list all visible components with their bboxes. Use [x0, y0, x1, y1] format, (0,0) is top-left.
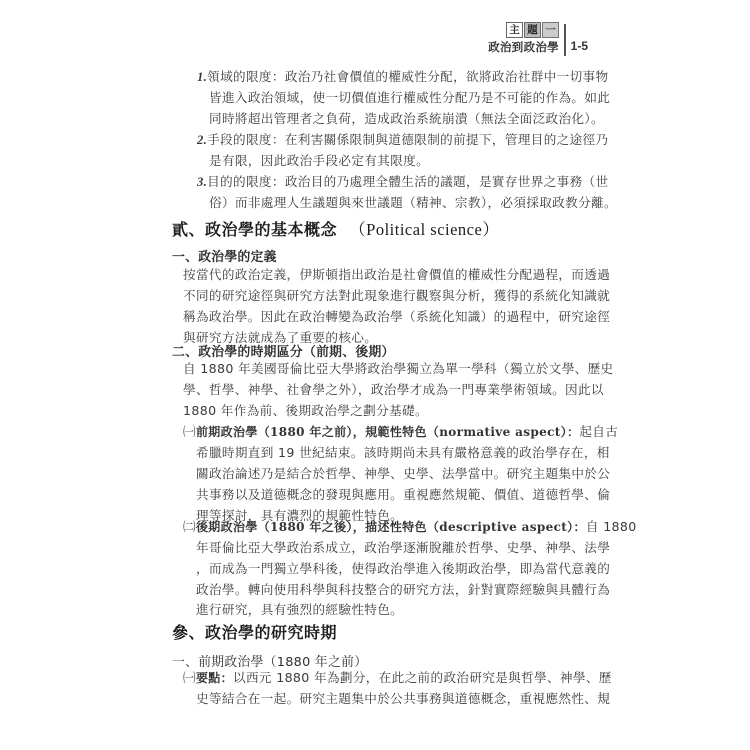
paragraph-line: 希臘時期直到 19 世紀結束。該時期尚未具有嚴格意義的政治學存在，相 — [196, 443, 610, 464]
book-page: 主 題 一 政治到政治學 1-5 1.領域的限度：政治乃社會價值的權威性分配，欲… — [0, 0, 750, 750]
paragraph-line: 進行研究，具有強烈的經驗性特色。 — [196, 600, 403, 621]
running-header: 主 題 一 政治到政治學 1-5 — [488, 22, 588, 58]
paragraph-line: 稱為政治學。因此在政治轉變為政治學（系統化知識）的過程中，研究途徑 — [183, 307, 610, 328]
key-points-item: ㈠要點：以西元 1880 年為劃分，在此之前的政治研究是與哲學、神學、歷 — [183, 668, 612, 689]
paragraph-line: 自 1880 年美國哥倫比亞大學將政治學獨立為單一學科（獨立於文學、歷史 — [183, 359, 613, 380]
paragraph-line: 政治學。轉向使用科學與科技整合的研究方法，針對實際經驗與具體行為 — [196, 580, 610, 601]
item-heading: 後期政治學（1880 年之後），描述性特色（descriptive aspect… — [196, 520, 586, 534]
paragraph-line: 按當代的政治定義，伊斯頓指出政治是社會價值的權威性分配過程，而透過 — [183, 265, 610, 286]
header-divider — [564, 24, 566, 56]
paragraph-line: 不同的研究途徑與研究方法對此現象進行觀察與分析，獲得的系統化知識就 — [183, 286, 610, 307]
period-item-late: ㈡後期政治學（1880 年之後），描述性特色（descriptive aspec… — [183, 517, 637, 538]
limit-item-2-line: 是有限，因此政治手段必定有其限度。 — [209, 151, 429, 172]
topic-tag-char: 主 — [506, 22, 523, 38]
limit-item-3: 3.目的的限度：政治目的乃處理全體生活的議題，是實存世界之事務（世 — [197, 172, 608, 193]
period-item-early: ㈠前期政治學（1880 年之前），規範性特色（normative aspect）… — [183, 422, 618, 443]
subsection-heading: 一、政治學的定義 — [172, 246, 277, 265]
limit-item-2: 2.手段的限度：在利害關係限制與道德限制的前提下，管理目的之途徑乃 — [197, 130, 608, 151]
item-heading: 要點： — [196, 671, 233, 685]
page-number: 1-5 — [571, 39, 588, 53]
paragraph-line: 1880 年作為前、後期政治學之劃分基礎。 — [183, 401, 428, 422]
section-heading-3: 參、政治學的研究時期 — [172, 620, 337, 643]
limit-item-1-line: 同時將超出管理者之負荷，造成政治系統崩潰（無法全面泛政治化）。 — [209, 109, 604, 130]
subsection-heading: 二、政治學的時期區分（前期、後期） — [172, 341, 395, 360]
paragraph-line: 年哥倫比亞大學政治系成立，政治學逐漸脫離於哲學、史學、神學、法學 — [196, 538, 610, 559]
paragraph-line: 史等結合在一起。研究主題集中於公共事務與道德概念，重視應然性、規 — [196, 689, 610, 710]
paragraph-line: 共事務以及道德概念的發現與應用。重視應然規範、價值、道德哲學、倫 — [196, 485, 610, 506]
limit-item-3-line: 俗）而非處理人生議題與來世議題（精神、宗教），必須採取政教分離。 — [209, 193, 617, 214]
paragraph-line: ，而成為一門獨立學科後，使得政治學進入後期政治學，即為當代意義的 — [196, 559, 610, 580]
chapter-title: 政治到政治學 — [488, 39, 559, 55]
topic-tag-char: 題 — [524, 22, 541, 38]
topic-tag: 主 題 一 — [506, 22, 559, 38]
limit-item-1: 1.領域的限度：政治乃社會價值的權威性分配，欲將政治社群中一切事物 — [197, 67, 608, 88]
section-heading-2: 貳、政治學的基本概念 （Political science） — [172, 216, 499, 240]
topic-tag-char: 一 — [542, 22, 559, 38]
limit-item-1-line: 皆進入政治領域，使一切價值進行權威性分配乃是不可能的作為。如此 — [209, 88, 610, 109]
item-heading: 前期政治學（1880 年之前），規範性特色（normative aspect）： — [196, 425, 579, 439]
paragraph-line: 學、哲學、神學、社會學之外），政治學才成為一門專業學術領域。因此以 — [183, 380, 604, 401]
paragraph-line: 關政治論述乃是結合於哲學、神學、史學、法學當中。研究主題集中於公 — [196, 464, 610, 485]
